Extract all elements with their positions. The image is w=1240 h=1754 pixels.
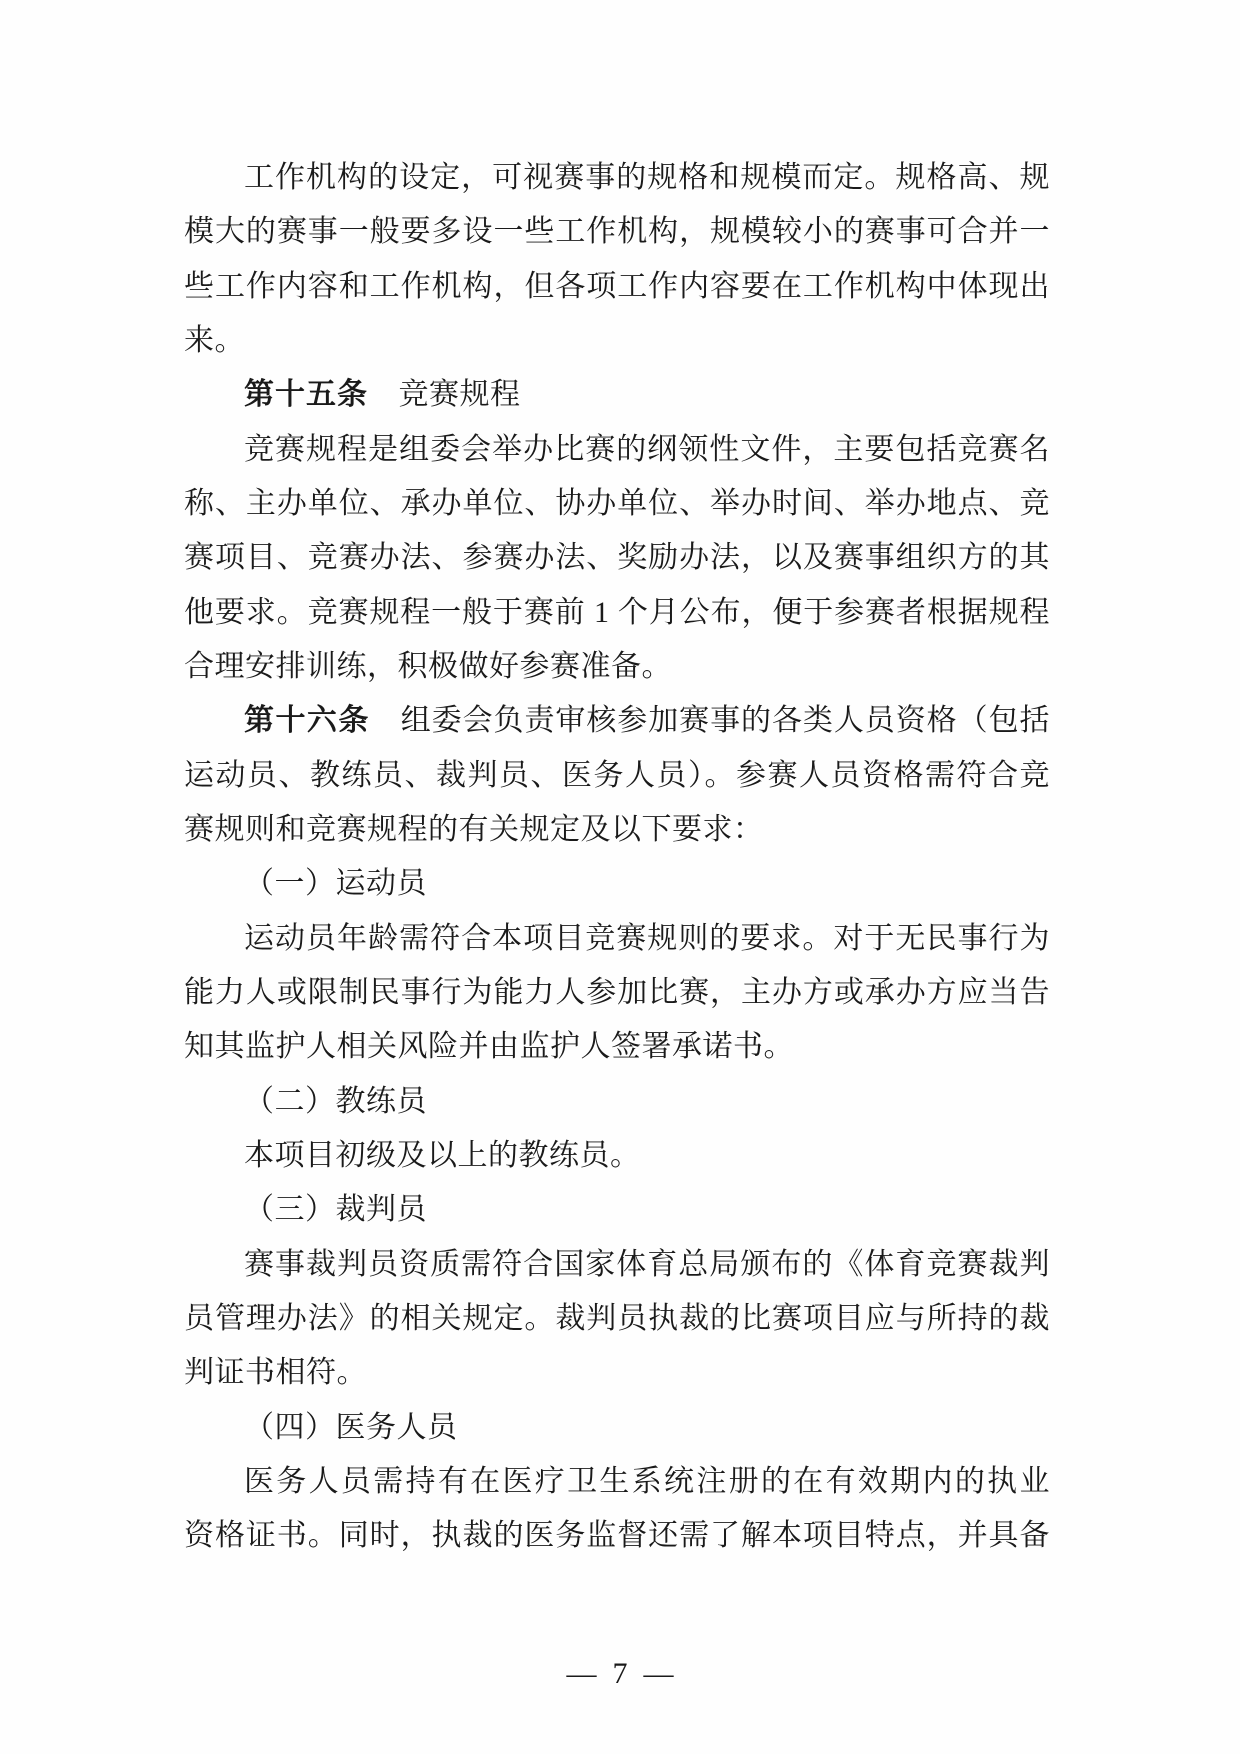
text-line: 第十六条 组委会负责审核参加赛事的各类人员资格（包括 bbox=[184, 694, 1050, 748]
text-run: 员管理办法》的相关规定。裁判员执裁的比赛项目应与所持的裁 bbox=[184, 1302, 1050, 1335]
text-line: 赛规则和竞赛规程的有关规定及以下要求： bbox=[184, 803, 1050, 857]
text-line: 合理安排训练，积极做好参赛准备。 bbox=[184, 640, 1050, 694]
text-run: 赛规则和竞赛规程的有关规定及以下要求： bbox=[184, 813, 764, 846]
text-line: 运动员、教练员、裁判员、医务人员）。参赛人员资格需符合竞 bbox=[184, 749, 1050, 803]
text-line: （三）裁判员 bbox=[184, 1183, 1050, 1237]
text-run: （二）教练员 bbox=[244, 1085, 427, 1118]
text-line: 赛事裁判员资质需符合国家体育总局颁布的《体育竞赛裁判 bbox=[184, 1238, 1050, 1292]
text-run: （一）运动员 bbox=[244, 867, 427, 900]
document-page: 工作机构的设定，可视赛事的规格和规模而定。规格高、规模大的赛事一般要多设一些工作… bbox=[0, 0, 1240, 1754]
text-run: 赛项目、竞赛办法、参赛办法、奖励办法，以及赛事组织方的其 bbox=[184, 541, 1050, 574]
text-run: 运动员、教练员、裁判员、医务人员）。参赛人员资格需符合竞 bbox=[184, 759, 1050, 792]
document-body: 工作机构的设定，可视赛事的规格和规模而定。规格高、规模大的赛事一般要多设一些工作… bbox=[184, 151, 1050, 1564]
text-line: 竞赛规程是组委会举办比赛的纲领性文件，主要包括竞赛名 bbox=[184, 423, 1050, 477]
text-line: 第十五条 竞赛规程 bbox=[184, 368, 1050, 422]
text-run: 运动员年龄需符合本项目竞赛规则的要求。对于无民事行为 bbox=[244, 922, 1050, 955]
text-run: 合理安排训练，积极做好参赛准备。 bbox=[184, 650, 672, 683]
text-line: 判证书相符。 bbox=[184, 1346, 1050, 1400]
text-line: （一）运动员 bbox=[184, 857, 1050, 911]
text-run: 模大的赛事一般要多设一些工作机构，规模较小的赛事可合并一 bbox=[184, 215, 1050, 248]
text-run: 竞赛规程是组委会举办比赛的纲领性文件，主要包括竞赛名 bbox=[244, 433, 1050, 466]
text-run: 知其监护人相关风险并由监护人签署承诺书。 bbox=[184, 1030, 794, 1063]
text-line: 他要求。竞赛规程一般于赛前 1 个月公布，便于参赛者根据规程 bbox=[184, 586, 1050, 640]
text-run: 些工作内容和工作机构，但各项工作内容要在工作机构中体现出 bbox=[184, 270, 1050, 303]
text-run: （三）裁判员 bbox=[244, 1193, 427, 1226]
text-line: 能力人或限制民事行为能力人参加比赛，主办方或承办方应当告 bbox=[184, 966, 1050, 1020]
article-number-heading: 第十六条 bbox=[244, 704, 370, 737]
text-run: 工作机构的设定，可视赛事的规格和规模而定。规格高、规 bbox=[244, 161, 1050, 194]
text-line: （二）教练员 bbox=[184, 1075, 1050, 1129]
article-number-heading: 第十五条 bbox=[244, 378, 368, 411]
text-line: 资格证书。同时，执裁的医务监督还需了解本项目特点，并具备 bbox=[184, 1509, 1050, 1563]
text-run: 他要求。竞赛规程一般于赛前 1 个月公布，便于参赛者根据规程 bbox=[184, 596, 1050, 629]
text-run: 资格证书。同时，执裁的医务监督还需了解本项目特点，并具备 bbox=[184, 1519, 1050, 1552]
text-line: （四）医务人员 bbox=[184, 1401, 1050, 1455]
text-run: 能力人或限制民事行为能力人参加比赛，主办方或承办方应当告 bbox=[184, 976, 1050, 1009]
text-line: 医务人员需持有在医疗卫生系统注册的在有效期内的执业 bbox=[184, 1455, 1050, 1509]
text-run: （四）医务人员 bbox=[244, 1411, 458, 1444]
text-run: 赛事裁判员资质需符合国家体育总局颁布的《体育竞赛裁判 bbox=[244, 1248, 1050, 1281]
text-run: 判证书相符。 bbox=[184, 1356, 367, 1389]
text-run: 医务人员需持有在医疗卫生系统注册的在有效期内的执业 bbox=[244, 1465, 1050, 1498]
footer-dash-right: — bbox=[644, 1657, 674, 1690]
text-line: 员管理办法》的相关规定。裁判员执裁的比赛项目应与所持的裁 bbox=[184, 1292, 1050, 1346]
text-line: 赛项目、竞赛办法、参赛办法、奖励办法，以及赛事组织方的其 bbox=[184, 531, 1050, 585]
text-run: 来。 bbox=[184, 324, 245, 357]
footer-dash-left: — bbox=[567, 1657, 597, 1690]
text-line: 称、主办单位、承办单位、协办单位、举办时间、举办地点、竞 bbox=[184, 477, 1050, 531]
text-run: 竞赛规程 bbox=[368, 378, 521, 411]
page-footer: —7— bbox=[0, 1652, 1240, 1696]
text-run: 组委会负责审核参加赛事的各类人员资格（包括 bbox=[370, 704, 1050, 737]
text-line: 工作机构的设定，可视赛事的规格和规模而定。规格高、规 bbox=[184, 151, 1050, 205]
text-line: 些工作内容和工作机构，但各项工作内容要在工作机构中体现出 bbox=[184, 260, 1050, 314]
page-number: 7 bbox=[613, 1657, 628, 1690]
text-run: 称、主办单位、承办单位、协办单位、举办时间、举办地点、竞 bbox=[184, 487, 1050, 520]
text-line: 运动员年龄需符合本项目竞赛规则的要求。对于无民事行为 bbox=[184, 912, 1050, 966]
text-line: 本项目初级及以上的教练员。 bbox=[184, 1129, 1050, 1183]
text-line: 来。 bbox=[184, 314, 1050, 368]
text-run: 本项目初级及以上的教练员。 bbox=[244, 1139, 641, 1172]
text-line: 知其监护人相关风险并由监护人签署承诺书。 bbox=[184, 1020, 1050, 1074]
text-line: 模大的赛事一般要多设一些工作机构，规模较小的赛事可合并一 bbox=[184, 205, 1050, 259]
